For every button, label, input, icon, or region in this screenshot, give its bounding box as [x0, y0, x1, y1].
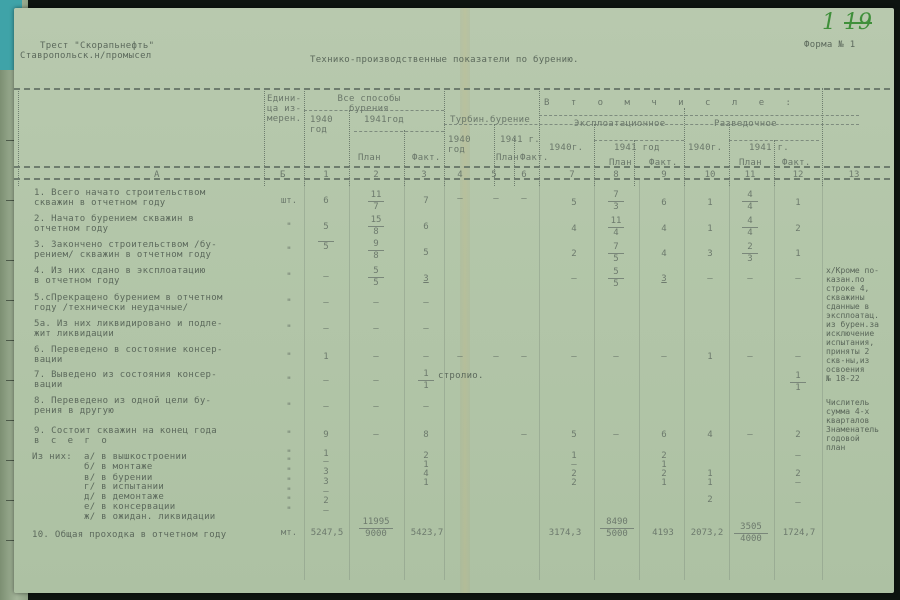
row-9-c8: –: [596, 430, 636, 440]
row-7-c1: –: [306, 376, 346, 386]
row-4-c3: 3: [406, 274, 446, 284]
row-1-label: 1. Всего начато строительством: [34, 188, 206, 198]
row-5-c2: –: [356, 298, 396, 308]
footnote-numerator-denominator: Числитель сумма 4-х кварталов Знаменател…: [826, 398, 879, 452]
row-7-c3-note: стролио.: [438, 371, 484, 381]
row-1-c11: 44: [730, 191, 770, 212]
row-2-c8: 114: [596, 217, 636, 238]
row-4-c10: –: [690, 274, 730, 284]
row-9-c12: 2: [778, 430, 818, 440]
row-5-c1: –: [306, 298, 346, 308]
header-unit: Едини-ца из-мерен.: [267, 94, 305, 124]
header-expl-plan: План: [609, 158, 632, 168]
body-col-line: [729, 180, 730, 580]
row-9-unit: ": [269, 430, 309, 440]
row-1-c12: 1: [778, 198, 818, 208]
row-10-label: 10. Общая проходка в отчетном году: [32, 530, 226, 540]
col-divider: [264, 88, 265, 186]
row-6-label-cont: вации: [34, 355, 63, 365]
col-label-b: Б: [280, 170, 286, 180]
body-col-line: [539, 180, 540, 580]
row-5-label-cont: году /технически неудачные/: [34, 303, 188, 313]
row-9-c10: 4: [690, 430, 730, 440]
row-1-unit: шт.: [269, 196, 309, 206]
header-expl-1940: 1940г.: [549, 143, 583, 153]
footnote-x: х/Кроме по- казан.по строке 4, скважины …: [826, 266, 879, 383]
body-col-line: [774, 180, 775, 580]
col-number: 6: [504, 170, 544, 180]
row-10-c9: 4193: [640, 528, 686, 538]
subrow-a-label: а/ в вышкостроении: [84, 452, 187, 462]
rule: [354, 131, 444, 132]
subrow-a-c12: –: [778, 451, 818, 461]
header-turbine-1941: 1941 г.: [500, 135, 540, 145]
header-exploitation: Эксплоатационное: [574, 119, 666, 129]
rule: [594, 140, 684, 141]
row-3-c2: 98: [356, 240, 396, 261]
row-4-c11: –: [730, 274, 770, 284]
header-expl-1941: 1941 год: [614, 143, 660, 153]
row-5a-c1: –: [306, 324, 346, 334]
subrow-zh-unit: ": [269, 506, 309, 516]
row-3-c1: 5: [306, 240, 346, 252]
subrow-g-c3: 1: [406, 478, 446, 488]
row-3-label-cont: рением/ скважин в отчетном году: [34, 250, 211, 260]
row-6-c1: 1: [306, 352, 346, 362]
row-3-c10: 3: [690, 249, 730, 259]
row-7-label: 7. Выведено из состояния консер-: [34, 370, 217, 380]
page-fold: [460, 8, 470, 593]
header-exploration: Разведочное: [714, 119, 777, 129]
form-label: Форма № 1: [804, 40, 855, 50]
row-8-c3: –: [406, 402, 446, 412]
row-10-c1: 5247,5: [304, 528, 350, 538]
row-1-c7: 5: [554, 198, 594, 208]
col-divider: [349, 110, 350, 186]
subrow-d-c10: 2: [690, 495, 730, 505]
subrow-g-c10: 1: [690, 478, 730, 488]
row-2-label-cont: отчетном году: [34, 224, 108, 234]
header-all-plan: План: [358, 153, 381, 163]
row-5a-c2: –: [356, 324, 396, 334]
col-number: 7: [552, 170, 592, 180]
row-8-label-cont: рения в другую: [34, 406, 114, 416]
row-6-c8: –: [596, 352, 636, 362]
row-2-c12: 2: [778, 224, 818, 234]
row-8-unit: ": [269, 402, 309, 412]
subrow-b-unit: ": [269, 457, 309, 467]
row-9-c2: –: [356, 430, 396, 440]
col-divider: [18, 88, 19, 186]
row-1-c10: 1: [690, 198, 730, 208]
header-expl-fact: Факт.: [649, 158, 678, 168]
header-all-fact: Факт.: [412, 153, 441, 163]
header-including: В т о м ч и с л е :: [544, 98, 799, 108]
row-9-label-cont: в с е г о: [34, 436, 110, 446]
subrow-e-c1: 2: [306, 496, 346, 506]
header-top-rule: [14, 88, 890, 90]
row-2-unit: ": [269, 222, 309, 232]
row-9-label: 9. Состоит скважин на конец года: [34, 426, 217, 436]
row-2-c1: 5: [306, 222, 346, 232]
row-1-c8: 73: [596, 191, 636, 212]
row-4-c7: –: [554, 274, 594, 284]
row-6-c12: –: [778, 352, 818, 362]
subrow-zh-c1: –: [306, 506, 346, 516]
row-6-c9: –: [644, 352, 684, 362]
col-divider: [822, 88, 823, 186]
row-1-c1: 6: [306, 196, 346, 206]
row-1-c6: –: [504, 194, 544, 204]
row-7-label-cont: вации: [34, 380, 63, 390]
row-3-c9: 4: [644, 249, 684, 259]
row-6-c2: –: [356, 352, 396, 362]
row-8-c2: –: [356, 402, 396, 412]
col-divider: [594, 124, 595, 186]
row-10-unit: мт.: [269, 528, 309, 538]
col-number: 13: [834, 170, 874, 180]
col-number: 12: [778, 170, 818, 180]
row-2-c11: 44: [730, 217, 770, 238]
subrow-g-c7: 2: [554, 478, 594, 488]
page-title: Технико-производственные показатели по б…: [310, 55, 579, 65]
col-number: 1: [306, 170, 346, 180]
row-3-c3: 5: [406, 248, 446, 258]
col-divider: [684, 108, 685, 186]
row-6-c10: 1: [690, 352, 730, 362]
document-page: Трест "Скорапьнефть" Ставропольск.н/пром…: [14, 8, 894, 593]
row-3-c11: 23: [730, 243, 770, 264]
row-7-unit: ": [269, 376, 309, 386]
row-5-unit: ": [269, 298, 309, 308]
row-6-label: 6. Переведено в состояние консер-: [34, 345, 223, 355]
col-label-a: А: [154, 170, 160, 180]
row-10-c11: 35054000: [728, 523, 774, 544]
crossed-sheet-number: 19: [844, 10, 872, 35]
org-line-2: Ставропольск.н/промысел: [20, 51, 152, 61]
col-number: 9: [644, 170, 684, 180]
org-line-1: Трест "Скорапьнефть": [40, 41, 154, 51]
row-4-label: 4. Из них сдано в эксплоатацию: [34, 266, 206, 276]
row-8-c1: –: [306, 402, 346, 412]
row-2-c3: 6: [406, 222, 446, 232]
subrow-v-unit: ": [269, 467, 309, 477]
header-all-1940: 1940 год: [310, 115, 342, 135]
row-2-c10: 1: [690, 224, 730, 234]
subrows-prefix: Из них:: [32, 452, 72, 462]
col-number: 10: [690, 170, 730, 180]
row-9-c1: 9: [306, 430, 346, 440]
handwritten-sheet-number: 1: [822, 10, 836, 35]
row-2-c9: 4: [644, 224, 684, 234]
subrow-b-c1: –: [306, 457, 346, 467]
row-9-c9: 6: [644, 430, 684, 440]
row-6-c6: –: [504, 352, 544, 362]
row-6-c7: –: [554, 352, 594, 362]
row-3-c8: 75: [596, 243, 636, 264]
row-6-c11: –: [730, 352, 770, 362]
row-4-unit: ": [269, 272, 309, 282]
row-4-label-cont: в отчетном году: [34, 276, 120, 286]
subrow-b-label: б/ в монтаже: [84, 462, 153, 472]
row-8-label: 8. Переведено из одной цели бу-: [34, 396, 211, 406]
row-9-c7: 5: [554, 430, 594, 440]
row-4-c1: –: [306, 272, 346, 282]
row-2-c7: 4: [554, 224, 594, 234]
row-4-c12: –: [778, 274, 818, 284]
col-number: 3: [404, 170, 444, 180]
row-10-c7: 3174,3: [542, 528, 588, 538]
subrow-g-c9: 1: [644, 478, 684, 488]
body-col-line: [404, 180, 405, 580]
body-col-line: [822, 180, 823, 580]
row-7-c2: –: [356, 376, 396, 386]
col-number: 8: [596, 170, 636, 180]
col-number: 11: [730, 170, 770, 180]
header-razv-fact: Факт.: [782, 158, 811, 168]
subrow-d-label: д/ в демонтаже: [84, 492, 164, 502]
row-3-c12: 1: [778, 249, 818, 259]
header-razv-plan: План: [739, 158, 762, 168]
subrow-g-unit: ": [269, 477, 309, 487]
subrow-e-label: е/ в консервации: [84, 502, 176, 512]
row-4-c8: 55: [596, 268, 636, 289]
col-number: 2: [356, 170, 396, 180]
row-5a-c3: –: [406, 324, 446, 334]
body-col-line: [349, 180, 350, 580]
subrow-d-c12: –: [778, 498, 818, 508]
header-turbine-1940: 1940 год: [448, 135, 478, 155]
header-razv-1941: 1941 г.: [749, 143, 789, 153]
row-6-unit: ": [269, 352, 309, 362]
row-5a-label: 5а. Из них ликвидировано и подле-: [34, 319, 223, 329]
row-9-c11: –: [730, 430, 770, 440]
row-7-c12: 11: [778, 372, 818, 393]
subrow-g-c1: 3: [306, 477, 346, 487]
header-turbine-fact: Факт.: [520, 153, 549, 163]
header-all-1941: 1941год: [364, 115, 404, 125]
row-1-c9: 6: [644, 198, 684, 208]
row-5a-unit: ": [269, 324, 309, 334]
row-5-c3: –: [406, 298, 446, 308]
row-10-c3: 5423,7: [404, 528, 450, 538]
row-3-unit: ": [269, 246, 309, 256]
row-6-c4: –: [440, 352, 480, 362]
row-10-c12: 1724,7: [776, 528, 822, 538]
row-1-label-cont: скважин в отчетном году: [34, 198, 166, 208]
row-3-label: 3. Закончено строительством /бу-: [34, 240, 217, 250]
header-turbine: Турбин.бурение: [450, 115, 530, 125]
row-5a-label-cont: жит ликвидации: [34, 329, 114, 339]
subrow-v-c1: 3: [306, 467, 346, 477]
row-10-c10: 2073,2: [684, 528, 730, 538]
row-1-c2: 117: [356, 191, 396, 212]
subrow-e-unit: ": [269, 496, 309, 506]
row-9-c6: –: [504, 430, 544, 440]
row-10-c8: 84905000: [594, 518, 640, 539]
row-10-c2: 119959000: [353, 518, 399, 539]
header-razv-1940: 1940г.: [688, 143, 722, 153]
rule: [539, 115, 859, 116]
row-9-c3: 8: [406, 430, 446, 440]
row-4-c2: 55: [356, 267, 396, 288]
row-3-c7: 2: [554, 249, 594, 259]
row-2-label: 2. Начато бурением скважин в: [34, 214, 194, 224]
header-turbine-plan: План: [496, 153, 519, 163]
row-5-label: 5.сПрекращено бурением в отчетном: [34, 293, 223, 303]
subrow-zh-label: ж/ в ожидан. ликвидации: [84, 512, 216, 522]
header-all-methods: Все способы бурения: [324, 94, 414, 114]
row-2-c2: 158: [356, 216, 396, 237]
subrow-g-label: г/ в испытании: [84, 482, 164, 492]
body-col-line: [684, 180, 685, 580]
subrow-g-c12: –: [778, 478, 818, 488]
row-4-c9: 3: [644, 274, 684, 284]
row-1-c4: –: [440, 194, 480, 204]
